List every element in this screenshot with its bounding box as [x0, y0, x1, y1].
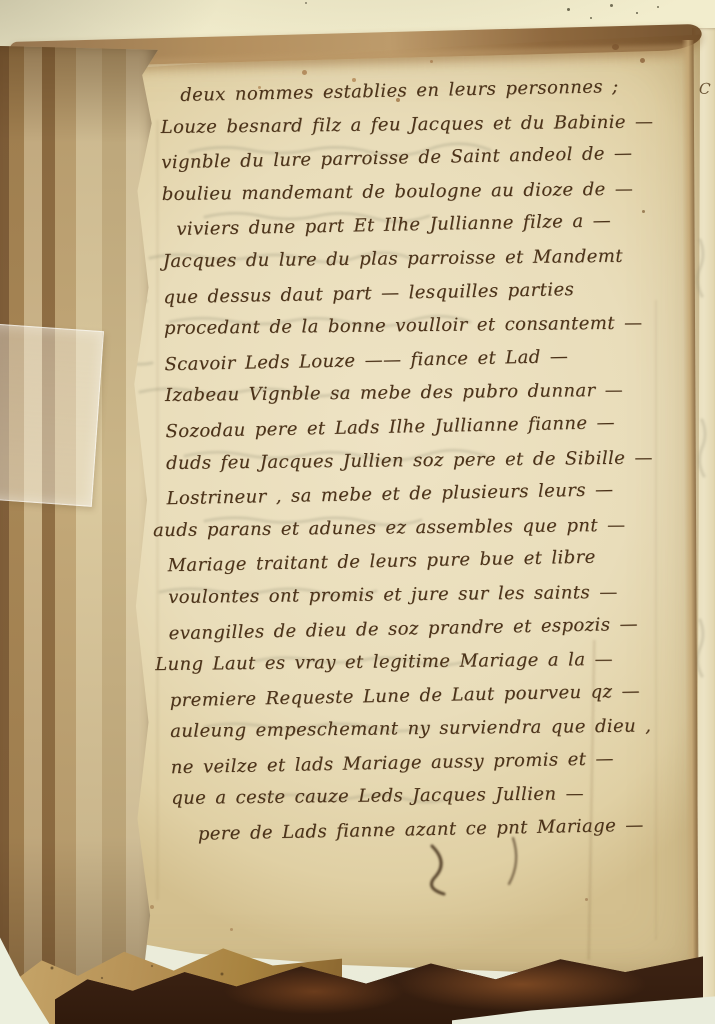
manuscript-photo: deux nommes establies en leurs personnes… [0, 0, 715, 1024]
gutter-crease [156, 120, 159, 900]
foxing-spot [230, 928, 233, 931]
foxing-spot [302, 70, 307, 75]
marginal-letter: C [698, 79, 715, 98]
foxing-spot [150, 905, 154, 909]
page-crease [655, 300, 657, 940]
wall-speck [567, 8, 570, 11]
wall-speck [657, 6, 659, 8]
wall-speck [590, 17, 592, 19]
binding-spine [0, 46, 158, 1012]
foxing-spot [430, 60, 433, 63]
foxing-spot [640, 58, 645, 63]
manuscript-text-block: deux nommes establies en leurs personnes… [160, 70, 696, 851]
wall-speck [305, 2, 307, 4]
translucent-plastic-tab [0, 323, 104, 507]
foxing-spot [612, 44, 619, 50]
wall-speck [610, 4, 613, 7]
wall-speck [636, 12, 638, 14]
